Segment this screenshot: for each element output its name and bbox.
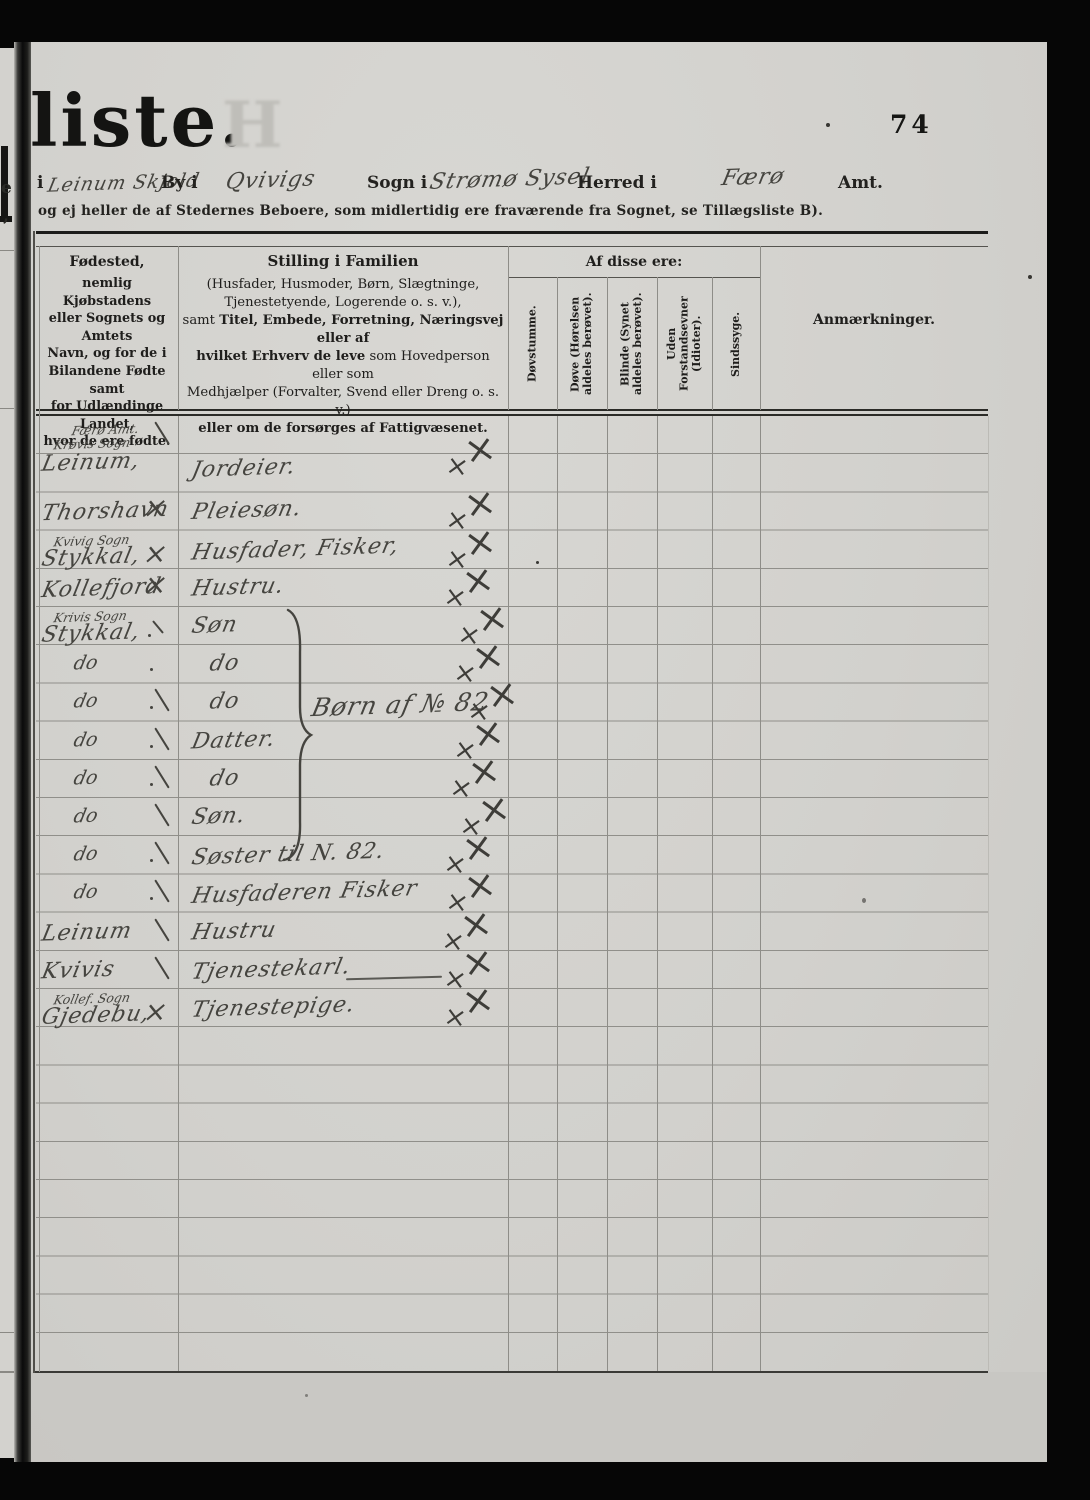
table-left-border — [33, 231, 35, 1373]
page-title: liste. — [30, 78, 247, 163]
birthplace-header-title: Fødested, — [36, 254, 178, 270]
ink-speck — [536, 561, 539, 564]
header-divider-3 — [760, 246, 761, 410]
ink-speck — [826, 123, 830, 127]
group-header-underline — [508, 277, 760, 278]
position-entry: Søn — [189, 612, 240, 639]
birthplace-main: Leinum — [39, 918, 134, 946]
table-right-border — [988, 416, 989, 1371]
birthplace-main: Kvivis — [39, 956, 117, 984]
edge-fragment-comma: , — [3, 206, 9, 226]
position-entry: Hustru — [189, 917, 278, 945]
position-column-header: Stilling i Familien (Husfader, Husmoder,… — [180, 252, 506, 438]
birthplace-main: do — [72, 766, 100, 789]
position-header-line: Medhjælper (Forvalter, Svend eller Dreng… — [180, 384, 506, 420]
birthplace-main: do — [72, 881, 100, 904]
birthplace-header-line: Navn, og for de i — [36, 345, 178, 363]
pencil-dot — [150, 783, 153, 786]
body-divider-5 — [657, 416, 658, 1371]
label-herred: Herred i — [577, 173, 657, 193]
column-header-deaf-mute: Døvstumme. — [508, 282, 557, 406]
table-bottom-line — [33, 1371, 988, 1373]
birthplace-main: Leinum, — [39, 448, 142, 477]
position-header-line: hvilket Erhverv de leve som Hovedperson … — [180, 348, 506, 384]
label-i: i — [37, 173, 43, 193]
body-divider-6 — [712, 416, 713, 1371]
column-header-blind: Blinde (Synet aldeles berøvet). — [607, 282, 657, 406]
body-divider-2 — [508, 416, 509, 1371]
handwritten-amt-value: Færø — [719, 164, 787, 191]
birthplace-main: do — [72, 652, 100, 675]
position-entry: Datter. — [189, 726, 278, 754]
birthplace-main: Stykkal, — [39, 619, 142, 648]
page-bottom-margin — [29, 1372, 1047, 1462]
position-entry: Pleiesøn. — [189, 496, 304, 525]
birthplace-main: do — [72, 804, 100, 827]
birthplace-header-line: eller Sognets og Amtets — [36, 310, 178, 345]
birthplace-main: do — [72, 843, 100, 866]
birthplace-header-line: nemlig Kjøbstadens — [36, 275, 178, 310]
label-by: By i — [161, 173, 198, 193]
position-header-line: Tjenestetyende, Logerende o. s. v.), — [180, 294, 506, 312]
header-note: og ej heller de af Stedernes Beboere, so… — [38, 203, 823, 219]
body-divider-1 — [178, 416, 179, 1371]
x-mark-large: × — [458, 976, 496, 1024]
ink-speck — [305, 1394, 308, 1397]
birthplace-main: do — [72, 728, 100, 751]
top-thick-rule — [36, 231, 988, 234]
pencil-dot — [148, 634, 151, 637]
birthplace-main: Stykkal, — [39, 543, 142, 572]
tally-x-marks: ×× — [444, 985, 493, 1029]
header-divider-1 — [178, 246, 179, 410]
edge-rule — [0, 408, 14, 409]
edge-fragment-e: e — [1, 178, 12, 198]
edge-rule — [0, 1332, 14, 1333]
grouping-brace — [276, 606, 316, 868]
body-divider-7 — [760, 416, 761, 1371]
binding-gutter — [14, 42, 31, 1462]
tally-x-marks: ×× — [446, 434, 495, 478]
birthplace-main: Gjedebu, — [39, 1001, 152, 1030]
label-sogn: Sogn i — [367, 173, 427, 193]
position-entry: Hustru. — [189, 573, 286, 601]
position-header-line: (Husfader, Husmoder, Børn, Slægtninge, — [180, 276, 506, 294]
page-number: 74 — [890, 110, 933, 139]
position-entry: do — [207, 651, 242, 677]
handwritten-sogn-value: Qvivigs — [223, 166, 318, 194]
edge-rule — [0, 1371, 14, 1373]
position-header-title: Stilling i Familien — [180, 252, 506, 270]
position-entry: Jordeier. — [189, 454, 298, 483]
column-header-deaf: Døve (Hørelsen aldeles berøvet). — [557, 282, 607, 406]
bleedthrough-watermark: H — [222, 88, 282, 163]
column-header-insane: Sindssyge. — [712, 282, 760, 406]
scanned-census-page: e , liste. H 74 i Leinum Skjold By i Qvi… — [0, 0, 1090, 1500]
x-mark-large: × — [460, 425, 498, 473]
body-divider-4 — [607, 416, 608, 1371]
position-entry: do — [207, 765, 242, 791]
body-divider-3 — [557, 416, 558, 1371]
ink-speck — [862, 898, 866, 903]
birthplace-main: do — [72, 690, 100, 713]
edge-rule — [0, 250, 14, 251]
position-entry: do — [207, 689, 242, 715]
group-header: Af disse ere: — [508, 254, 760, 270]
column-header-idiot: Uden Forstandsevner (Idioter). — [657, 282, 712, 406]
position-header-line: samt Titel, Embede, Forretning, Næringsv… — [180, 312, 506, 348]
birthplace-header-line: Bilandene Fødte samt — [36, 363, 178, 398]
label-amt: Amt. — [838, 173, 883, 193]
ink-speck — [1028, 275, 1032, 279]
facing-page-edge: e , — [0, 48, 15, 1458]
remarks-column-header: Anmærkninger. — [760, 312, 988, 328]
position-entry: Søn. — [189, 803, 248, 830]
pencil-dot — [150, 745, 153, 748]
